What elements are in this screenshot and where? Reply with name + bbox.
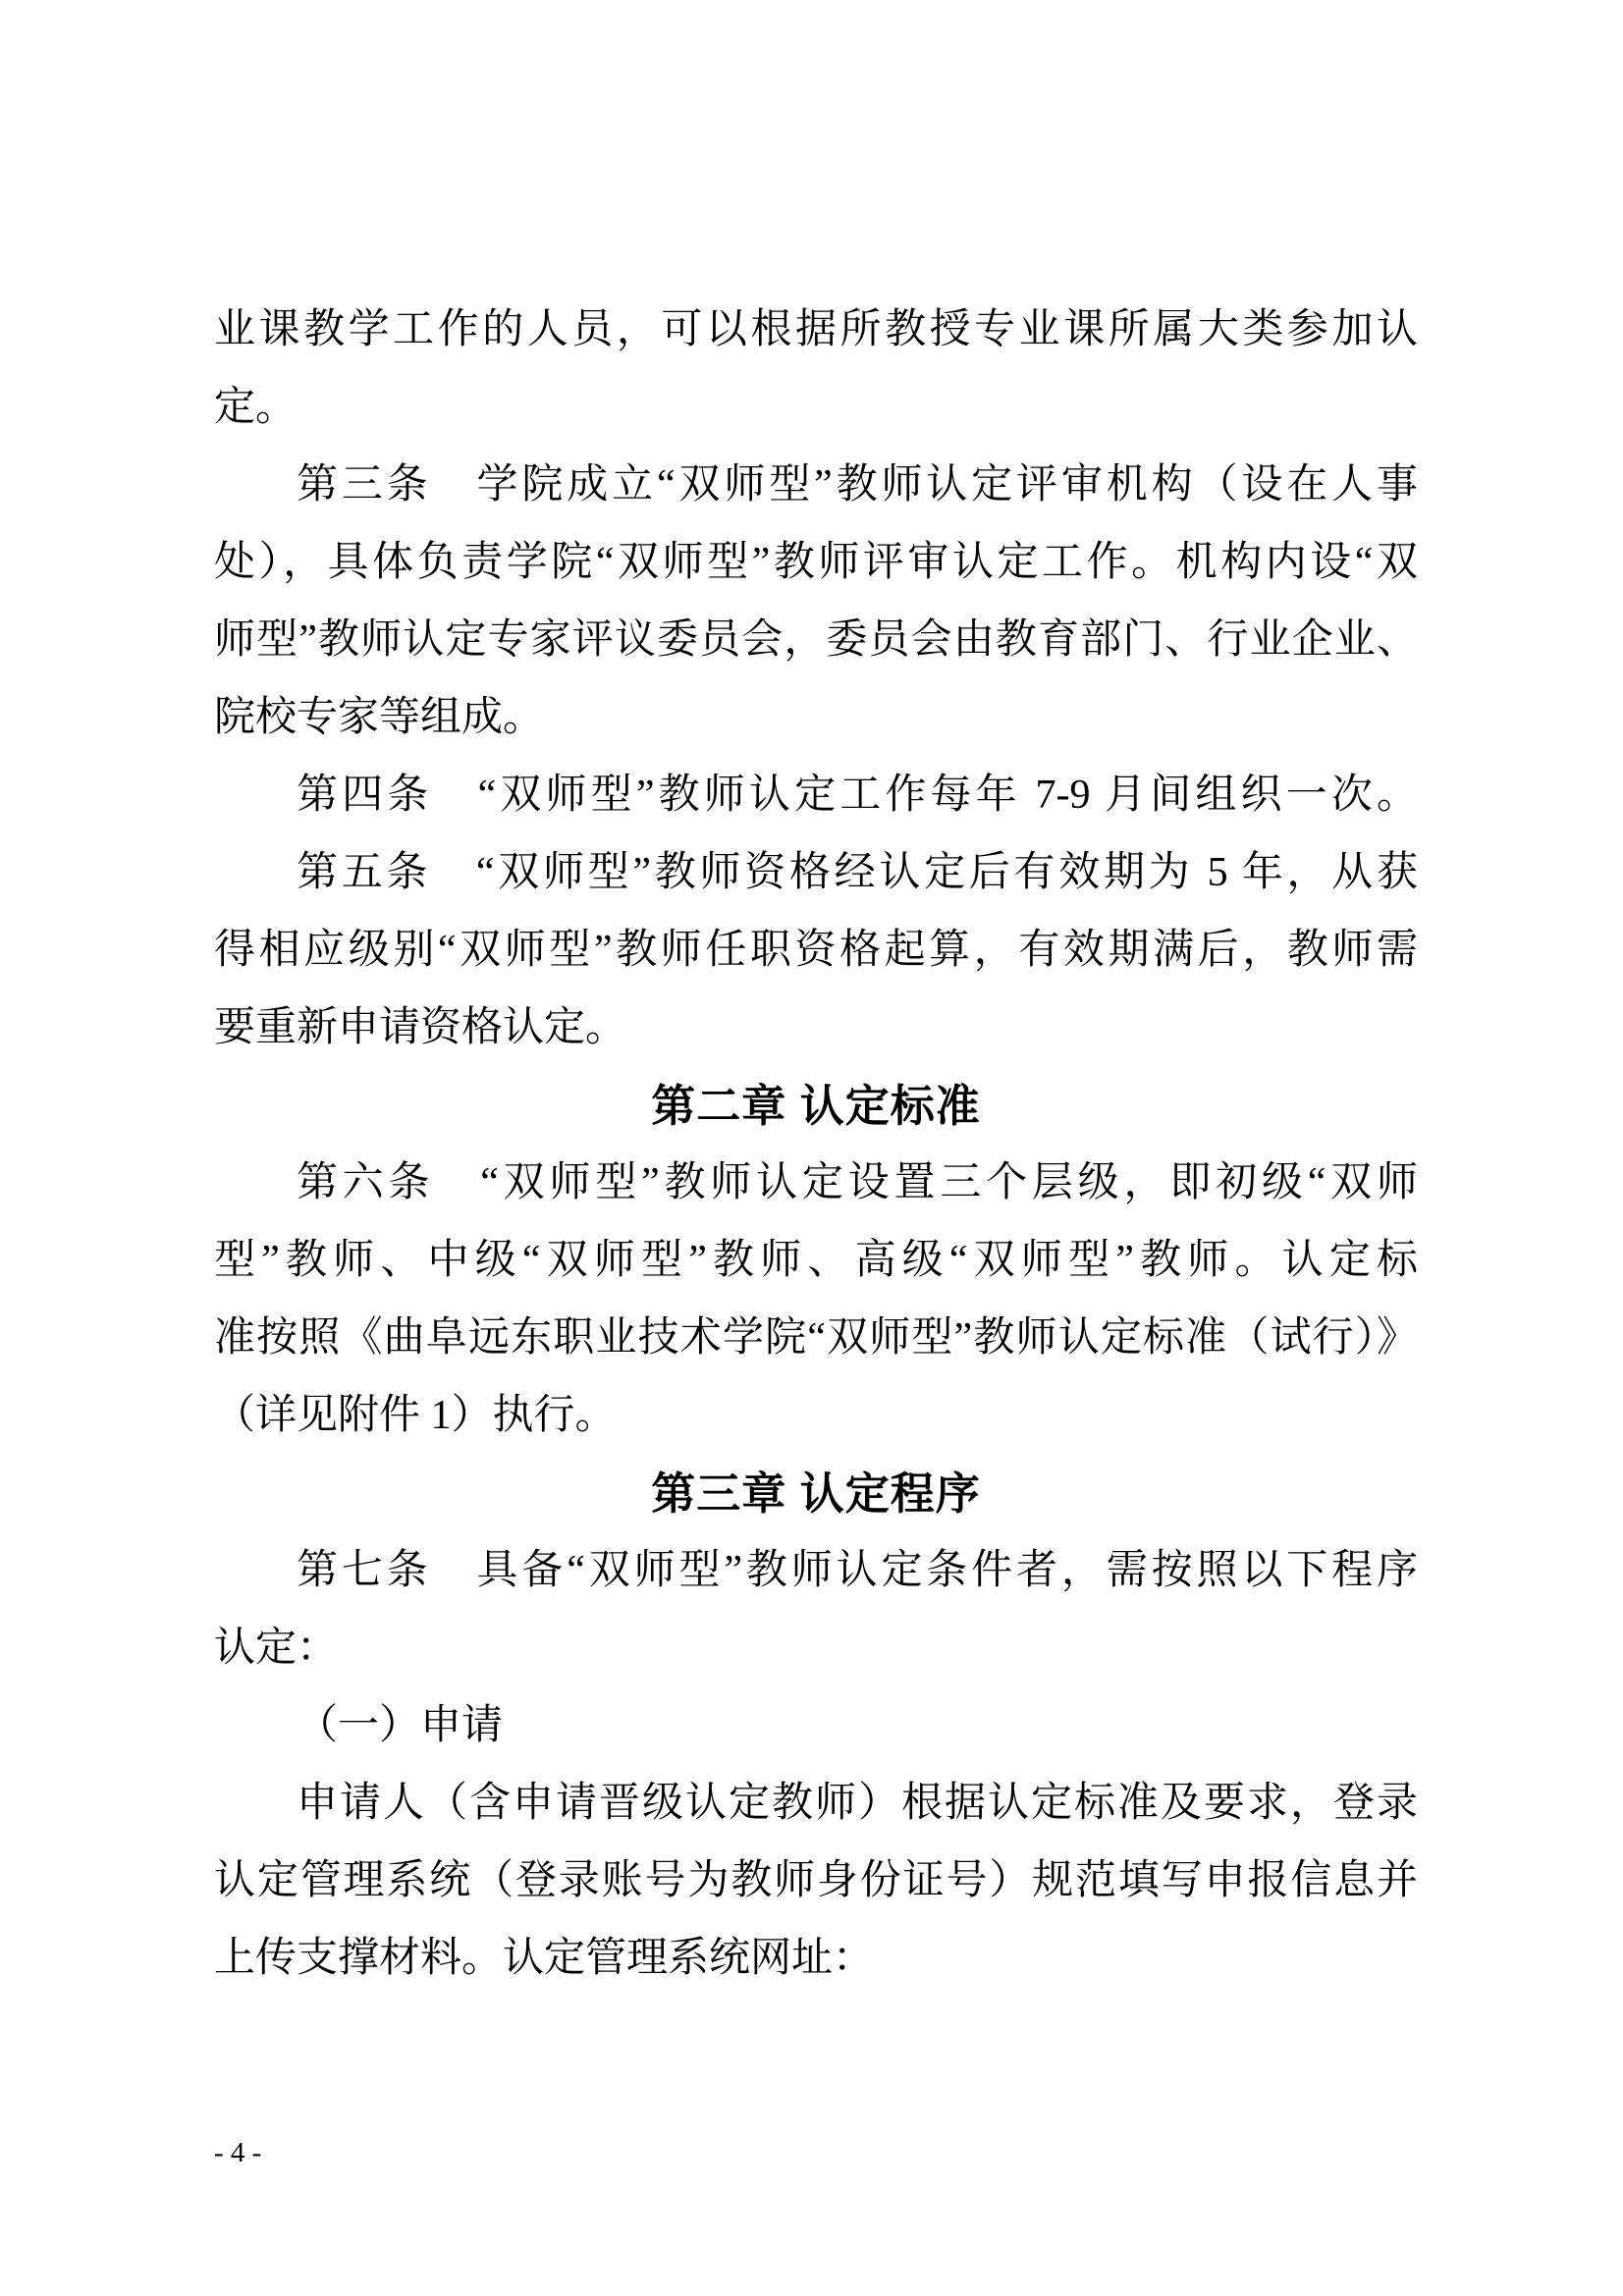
body-text-line: 处），具体负责学院“双师型”教师评审认定工作。机构内设“双: [214, 524, 1418, 602]
article-4-line: 第四条 “双师型”教师认定工作每年 7-9 月间组织一次。: [214, 757, 1418, 834]
article-6-line: 第六条 “双师型”教师认定设置三个层级，即初级“双师: [214, 1145, 1418, 1222]
document-page: 业课教学工作的人员，可以根据所教授专业课所属大类参加认 定。 第三条 学院成立“…: [0, 0, 1623, 2296]
chapter-3-heading: 第三章 认定程序: [214, 1455, 1418, 1532]
body-text-line: 定。: [214, 369, 1418, 447]
chapter-2-heading: 第二章 认定标准: [214, 1067, 1418, 1145]
body-text-line: 业课教学工作的人员，可以根据所教授专业课所属大类参加认: [214, 292, 1418, 369]
body-text-line: （详见附件 1）执行。: [214, 1377, 1418, 1455]
body-text-line: 认定：: [214, 1610, 1418, 1687]
page-number: - 4 -: [214, 2136, 261, 2169]
article-7-line: 第七条 具备“双师型”教师认定条件者，需按照以下程序: [214, 1532, 1418, 1610]
body-text-line: 申请人（含申请晋级认定教师）根据认定标准及要求，登录: [214, 1765, 1418, 1842]
body-text-line: 认定管理系统（登录账号为教师身份证号）规范填写申报信息并: [214, 1842, 1418, 1920]
article-5-line: 第五条 “双师型”教师资格经认定后有效期为 5 年，从获: [214, 834, 1418, 912]
body-text-line: 型”教师、中级“双师型”教师、高级“双师型”教师。认定标: [214, 1222, 1418, 1300]
body-text-line: 师型”教师认定专家评议委员会，委员会由教育部门、行业企业、: [214, 602, 1418, 679]
document-body: 业课教学工作的人员，可以根据所教授专业课所属大类参加认 定。 第三条 学院成立“…: [214, 292, 1418, 1998]
article-3-line: 第三条 学院成立“双师型”教师认定评审机构（设在人事: [214, 447, 1418, 524]
body-text-line: 要重新申请资格认定。: [214, 989, 1418, 1067]
body-text-line: 得相应级别“双师型”教师任职资格起算，有效期满后，教师需: [214, 912, 1418, 989]
body-text-line: 院校专家等组成。: [214, 679, 1418, 757]
list-item-1-line: （一）申请: [214, 1687, 1418, 1765]
body-text-line: 上传支撑材料。认定管理系统网址：: [214, 1920, 1418, 1998]
body-text-line: 准按照《曲阜远东职业技术学院“双师型”教师认定标准（试行）》: [214, 1300, 1418, 1377]
